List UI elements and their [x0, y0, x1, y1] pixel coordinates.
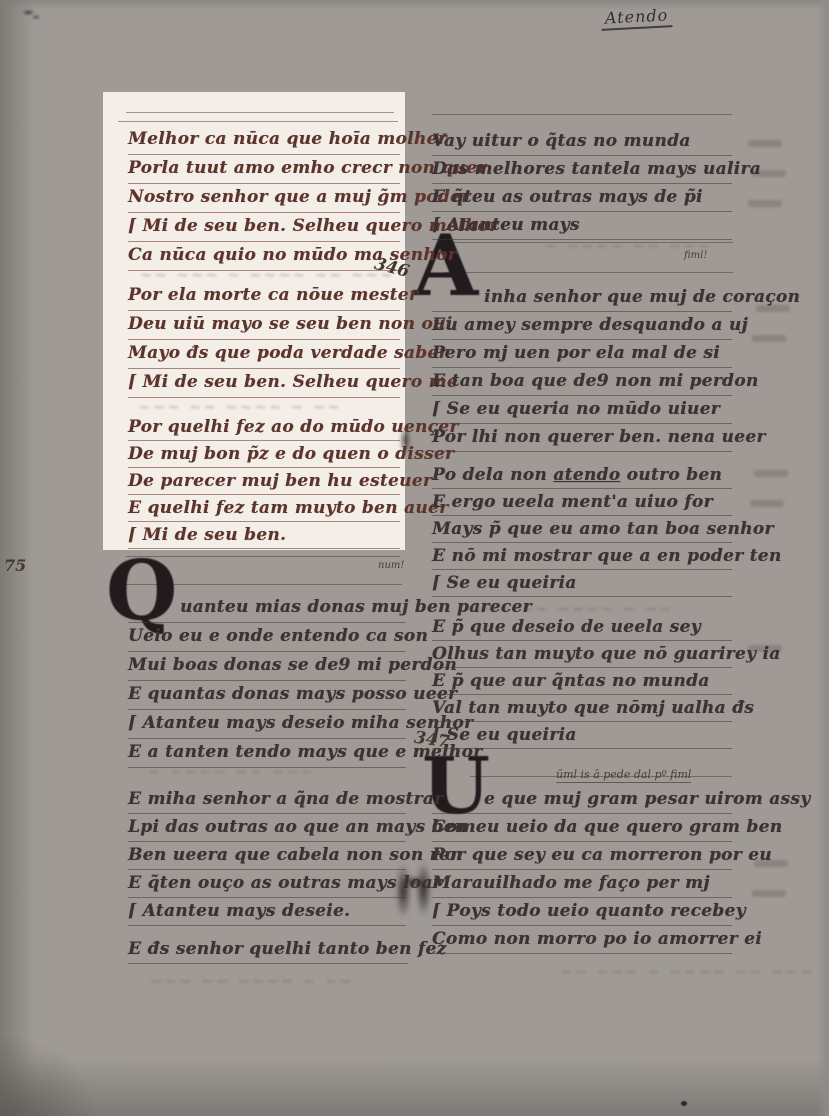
ruled-line — [126, 112, 394, 113]
manuscript-line: ⌈ Se eu queria no mūdo uiuer — [432, 396, 732, 424]
manuscript-line: Ca nūca quio no mūdo ma senhor — [128, 242, 400, 271]
ink-speck — [681, 1101, 687, 1106]
bleed-through-mark — [752, 335, 786, 342]
manuscript-line: Como non morro po io amorrer ei — [432, 926, 732, 954]
stanza: E đs senhor quelhi tanto ben fez — [128, 936, 408, 964]
manuscript-line: E p̃ que aur q̃ntas no munda — [432, 668, 732, 695]
cursive-marginal-note: ūml is ā pede dal pº fiml — [556, 768, 691, 783]
ruled-line — [118, 121, 398, 122]
manuscript-line: e que muj gram pesar uirom assy — [432, 786, 732, 814]
manuscript-line: Por lhi non querer ben. nena ueer — [432, 424, 732, 452]
line-text: Po dela non — [432, 465, 553, 485]
manuscript-line: E miha senhor a q̃na de mostrar — [128, 786, 406, 814]
manuscript-line: inha senhor que muj de coraçon — [432, 284, 732, 312]
manuscript-line: ⌈ Mi de seu ben. — [128, 522, 400, 549]
manuscript-line: E tan boa que de9 non mi perdon — [432, 368, 732, 396]
manuscript-line: E ergo ueela ment'a uiuo for — [432, 489, 732, 516]
manuscript-line: De parecer muj ben hu esteuer — [128, 468, 400, 495]
manuscript-line: Mui boas donas se de9 mi perdon — [128, 652, 406, 681]
manuscript-line: uanteu mias donas muj ben parecer — [128, 594, 406, 623]
stanza: E p̃ que deseio de ueela sey Olhus tan m… — [432, 614, 732, 749]
manuscript-line: ⌈ Se eu queiria — [432, 570, 732, 597]
modern-annotation-atendo: Atendo — [600, 5, 672, 31]
bleed-through-text: ~~~ ~~ ~~~~ ~ ~~ — [150, 972, 354, 990]
line-text: outro ben — [620, 465, 722, 485]
manuscript-line: Ben ueera que cabela non son ren — [128, 842, 406, 870]
ruled-line — [445, 272, 733, 273]
manuscript-line: ⌈ Atanteu mays deseio miha senhor — [128, 710, 406, 739]
marginal-note: fiml! — [684, 250, 707, 261]
manuscript-line: De muj bon p̃z e do quen o disser — [128, 441, 400, 468]
manuscript-line: Lpi das outras ao que an mays ben — [128, 814, 406, 842]
manuscript-line: Comeu ueio da que quero gram ben — [432, 814, 732, 842]
manuscript-line: E a tanten tendo mays que e melhor — [128, 739, 406, 768]
manuscript-line: Por ela morte ca nōue mester — [128, 282, 400, 311]
manuscript-line: Po dela non atendo outro ben — [432, 462, 732, 489]
manuscript-line: ⌈ Atanteu mays — [432, 212, 732, 240]
stanza: Vay uitur o q̃tas no munda Das melhores … — [432, 128, 732, 240]
stanza: Melhor ca nūca que hoīa molher Porla tuu… — [128, 126, 400, 271]
stanza: Po dela non atendo outro ben E ergo ueel… — [432, 462, 732, 597]
manuscript-line: ⌈ Mi de seu ben. Selheu quero melhor — [128, 213, 400, 242]
manuscript-line: E p̃ que deseio de ueela sey — [432, 614, 732, 641]
marginal-note: num! — [378, 560, 404, 571]
manuscript-line: Nostro senhor que a muj g̃m poder — [128, 184, 400, 213]
manuscript-line: Ueio eu e onde entendo ca son — [128, 623, 406, 652]
bleed-through-mark — [748, 140, 782, 147]
bleed-through-mark — [752, 890, 786, 897]
manuscript-line: E q̃teu as outras mays de p̃i — [432, 184, 732, 212]
manuscript-line: Porla tuut amo emho crecr non quer — [128, 155, 400, 184]
manuscript-line: E nō mi mostrar que a en poder ten — [432, 543, 732, 570]
manuscript-line: Das melhores tantela mays ualira — [432, 156, 732, 184]
manuscript-line: Mayo đs que poda verdade saber — [128, 340, 400, 369]
manuscript-line: Vay uitur o q̃tas no munda — [432, 128, 732, 156]
manuscript-line: Por que sey eu ca morreron por eu — [432, 842, 732, 870]
manuscript-line: ⌈ Mi de seu ben. Selheu quero me — [128, 369, 400, 398]
stanza: Por quelhi fez ao do mūdo uençer De muj … — [128, 414, 400, 549]
manuscript-line: E đs senhor quelhi tanto ben fez — [128, 936, 408, 964]
underlined-word-atendo: atendo — [553, 465, 620, 485]
stanza: E miha senhor a q̃na de mostrar Lpi das … — [128, 786, 406, 926]
manuscript-line: Mays p̃ que eu amo tan boa senhor — [432, 516, 732, 543]
manuscript-line: Por quelhi fez ao do mūdo uençer — [128, 414, 400, 441]
manuscript-line: ⌈ Atanteu mays deseie. — [128, 898, 406, 926]
ink-blot — [18, 6, 44, 22]
manuscript-line: Eu amey sempre desquando a uj — [432, 312, 732, 340]
bleed-through-mark — [754, 470, 788, 477]
manuscript-line: E quantas donas mays posso ueer — [128, 681, 406, 710]
bleed-through-mark — [750, 500, 784, 507]
bleed-through-mark — [748, 200, 782, 207]
ruled-line — [432, 114, 732, 115]
ruled-line — [445, 242, 733, 243]
stanza: inha senhor que muj de coraçon Eu amey s… — [432, 284, 732, 452]
manuscript-line: Olhus tan muyto que nō guarirey ia — [432, 641, 732, 668]
manuscript-page: ~~ ~~~ ~ ~~~~ ~~ ~~~ ~~~ ~~ ~~~~ ~ ~~ ~ … — [0, 0, 829, 1116]
stanza: e que muj gram pesar uirom assy Comeu ue… — [432, 786, 732, 954]
stanza: Por ela morte ca nōue mester Deu uiū may… — [128, 282, 400, 398]
margin-folio-number: 75 — [4, 556, 26, 575]
stanza: uanteu mias donas muj ben parecer Ueio e… — [128, 594, 406, 768]
manuscript-line: E quelhi fez tam muyto ben auer — [128, 495, 400, 522]
manuscript-line: Marauilhado me faço per mj — [432, 870, 732, 898]
manuscript-line: Val tan muyto que nōmj ualha đs — [432, 695, 732, 722]
manuscript-line: Deu uiū mayo se seu ben non oui — [128, 311, 400, 340]
bleed-through-text: ~~ ~~~ ~ ~~~~ ~~ ~~~ — [560, 963, 815, 981]
manuscript-line: ⌈ Poys todo ueio quanto recebey — [432, 898, 732, 926]
manuscript-line: ⌈ Se eu queiria — [432, 722, 732, 749]
manuscript-line: Pero mj uen por ela mal de si — [432, 340, 732, 368]
manuscript-line: E q̃ten ouço as outras mays loar — [128, 870, 406, 898]
manuscript-line: Melhor ca nūca que hoīa molher — [128, 126, 400, 155]
